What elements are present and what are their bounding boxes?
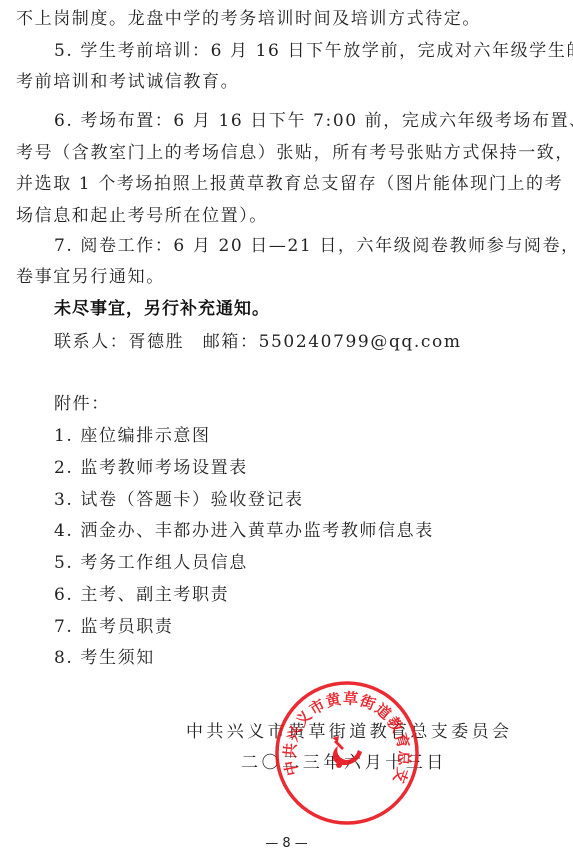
- attachment-item: 7. 监考员职责: [54, 616, 173, 638]
- body-line-9: 卷事宜另行通知。: [16, 266, 165, 288]
- body-line-4: 6. 考场布置：6 月 16 日下午 7:00 前，完成六年级考场布置、: [54, 110, 573, 132]
- body-line-2: 5. 学生考前培训：6 月 16 日下午放学前，完成对六年级学生的: [54, 40, 573, 62]
- notice-bold: 未尽事宜，另行补充通知。: [54, 298, 270, 320]
- page-number: — 8 —: [0, 836, 573, 851]
- attachment-item: 3. 试卷（答题卡）验收登记表: [54, 489, 304, 511]
- attachment-item: 1. 座位编排示意图: [54, 425, 211, 447]
- body-line-6: 并选取 1 个考场拍照上报黄草教育总支留存（图片能体现门上的考: [16, 173, 563, 195]
- attachments-heading: 附件：: [54, 393, 110, 415]
- body-line-3: 考前培训和考试诚信教育。: [16, 71, 239, 93]
- attachment-item: 4. 洒金办、丰都办进入黄草办监考教师信息表: [54, 520, 434, 542]
- svg-text:中共兴义市黄草街道教育总支委员会: 中共兴义市黄草街道教育总支委员会: [272, 678, 413, 786]
- attachment-item: 2. 监考教师考场设置表: [54, 457, 248, 479]
- body-line-1: 不上岗制度。龙盘中学的考务培训时间及培训方式待定。: [16, 8, 481, 30]
- contact-line: 联系人：胥德胜 邮箱：550240799@qq.com: [54, 331, 462, 353]
- attachment-item: 8. 考生须知: [54, 647, 155, 669]
- hammer-sickle-icon: [332, 736, 362, 768]
- attachment-item: 5. 考务工作组人员信息: [54, 552, 248, 574]
- official-seal-icon: 中共兴义市黄草街道教育总支委员会: [272, 678, 422, 828]
- body-line-7: 场信息和起止考号所在位置）。: [16, 205, 268, 227]
- body-line-8: 7. 阅卷工作：6 月 20 日—21 日，六年级阅卷教师参与阅卷，阅: [54, 235, 573, 257]
- attachment-item: 6. 主考、副主考职责: [54, 584, 229, 606]
- body-line-5: 考号（含教室门上的考场信息）张贴，所有考号张贴方式保持一致，: [16, 142, 573, 164]
